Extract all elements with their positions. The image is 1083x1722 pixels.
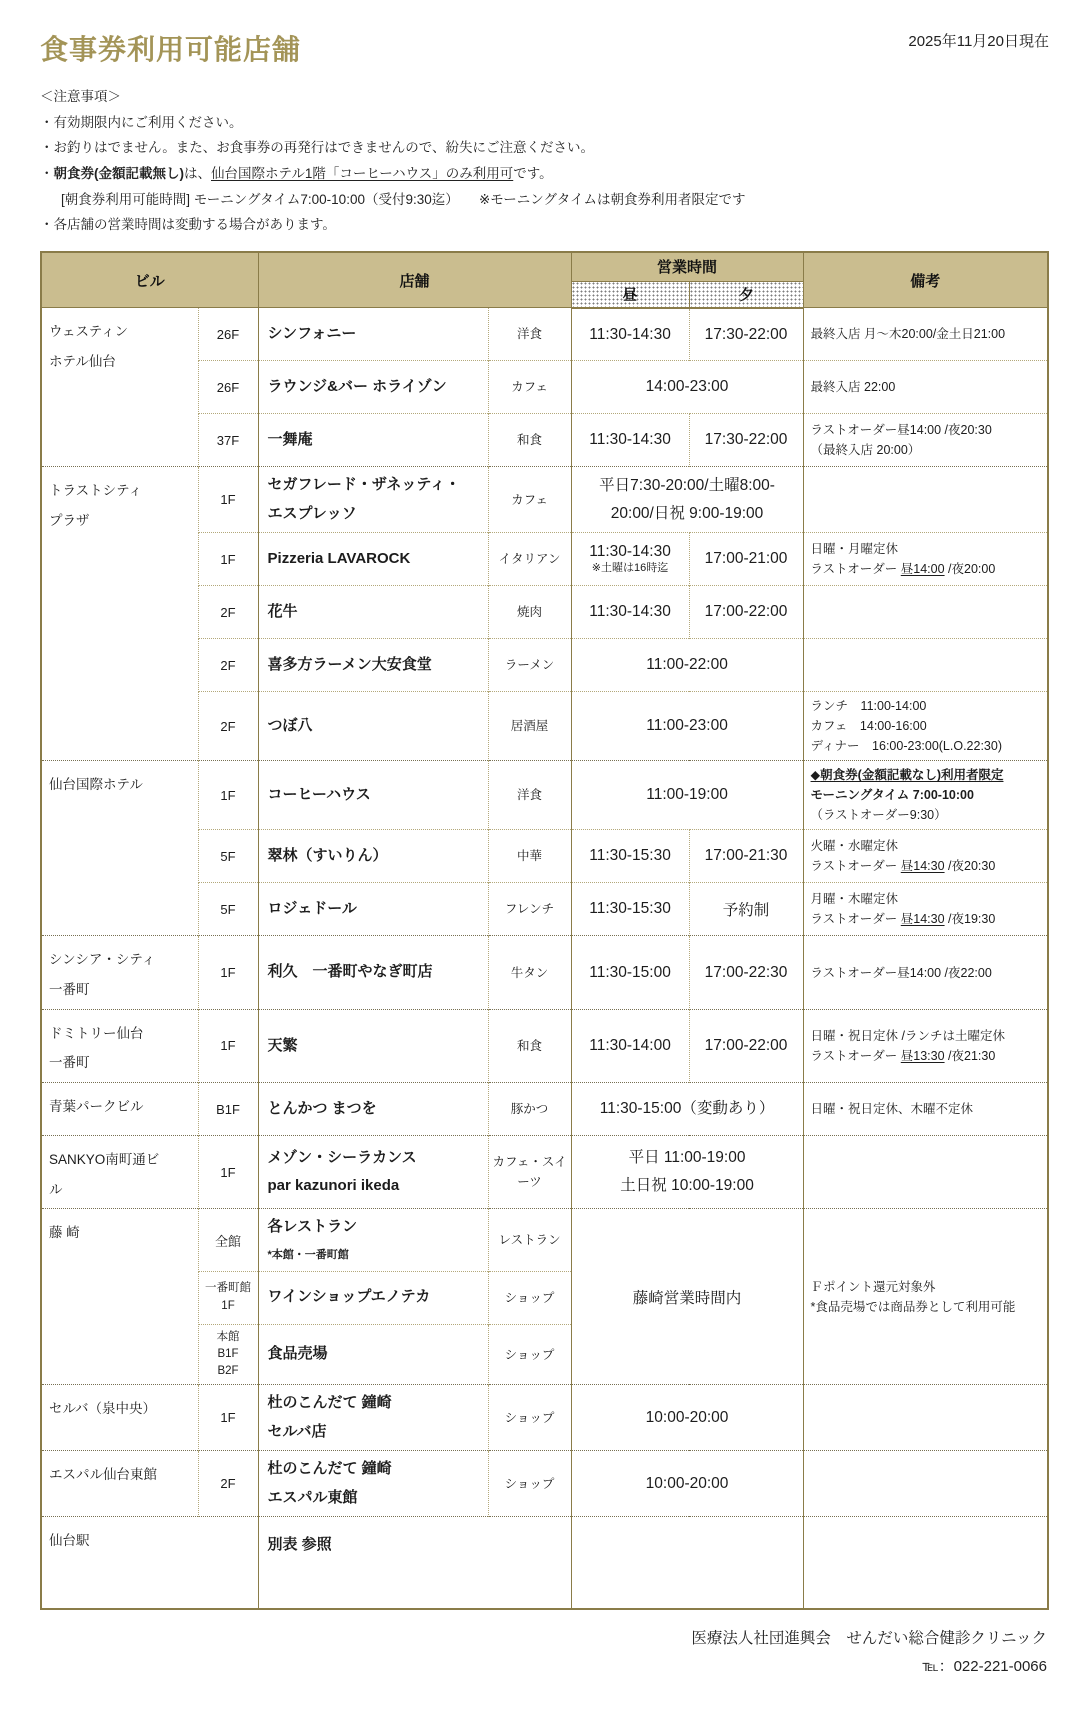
shop-name-text: 杜のこんだて 鐘崎 xyxy=(268,1460,392,1477)
shop-note-text: *本館・一番町館 xyxy=(268,1249,349,1261)
cell-building: セルバ（泉中央） xyxy=(41,1385,198,1451)
cell-hours: 藤崎営業時間内 xyxy=(571,1209,803,1385)
table-row: ドミトリー仙台一番町1F天繁和食11:30-14:0017:00-22:00日曜… xyxy=(41,1009,1048,1082)
col-header-hours: 営業時間 xyxy=(571,252,803,282)
cell-text: 昼13:30 xyxy=(901,1049,945,1063)
cell-genre: レストラン xyxy=(488,1209,571,1271)
cell-remarks: 日曜・祝日定休、木曜不定休 xyxy=(803,1083,1048,1136)
cell-genre: 洋食 xyxy=(488,761,571,830)
cell-hours: 平日7:30-20:00/土曜8:00-20:00/日祝 9:00-19:00 xyxy=(571,467,803,533)
time-text: 11:30-15:30 xyxy=(578,847,683,865)
cell-line: ラストオーダー 昼13:30 /夜21:30 xyxy=(811,1046,1042,1066)
cell-shop-name: とんかつ まつを xyxy=(258,1083,488,1136)
cell-line: （ラストオーダー9:30） xyxy=(811,805,1042,825)
table-row: 青葉パークビルB1Fとんかつ まつを豚かつ11:30-15:00（変動あり）日曜… xyxy=(41,1083,1048,1136)
cell-hours: 10:00-20:00 xyxy=(571,1451,803,1517)
cell-shop-name: ワインショップエノテカ xyxy=(258,1271,488,1324)
floor-line: B2F xyxy=(205,1363,252,1380)
time-text: 11:30-14:30 xyxy=(578,326,683,344)
cell-genre: 洋食 xyxy=(488,308,571,361)
cell-text: /夜19:30 xyxy=(945,912,996,926)
cell-remarks xyxy=(803,1385,1048,1451)
shop-name-text: 一舞庵 xyxy=(268,431,313,448)
cell-text: /夜21:30 xyxy=(945,1049,996,1063)
cell-remarks xyxy=(803,1136,1048,1209)
cell-floor: 1F xyxy=(198,761,258,830)
cell-text: ◆朝食券(金額記載なし)利用者限定 xyxy=(811,768,1004,782)
cell-floor: 26F xyxy=(198,361,258,414)
document-footer: 医療法人社団進興会 せんだい総合健診クリニック ℡：022-221-0066 xyxy=(40,1624,1047,1682)
cell-line: 最終入店 月～木20:00/金土日21:00 xyxy=(811,324,1042,344)
cell-hours-noon: 11:30-14:30 xyxy=(571,308,689,361)
cell-genre: カフェ・スイーツ xyxy=(488,1136,571,1209)
cell-line: ディナー 16:00-23:00(L.O.22:30) xyxy=(811,736,1042,756)
cell-line: 11:00-22:00 xyxy=(578,651,797,679)
cell-remarks xyxy=(803,1451,1048,1517)
shop-name-text: シンフォニー xyxy=(268,325,357,342)
shop-name-text: 天繁 xyxy=(268,1037,298,1054)
shop-name-text: つぼ八 xyxy=(268,717,313,734)
cell-building: トラストシティプラザ xyxy=(41,467,198,761)
table-row: 藤 崎全館各レストラン*本館・一番町館レストラン藤崎営業時間内Ｆポイント還元対象… xyxy=(41,1209,1048,1271)
cell-remarks xyxy=(803,586,1048,639)
cell-hours-noon: 11:30-15:30 xyxy=(571,883,689,936)
cell-shop-name: 翠林（すいりん） xyxy=(258,830,488,883)
cell-text: /夜20:00 xyxy=(945,562,996,576)
table-row: エスパル仙台東館2F杜のこんだて 鐘崎エスパル東館ショップ10:00-20:00 xyxy=(41,1451,1048,1517)
cell-floor: B1F xyxy=(198,1083,258,1136)
cell-hours-evening: 17:00-21:30 xyxy=(689,830,803,883)
cell-shop-name: メゾン・シーラカンスpar kazunori ikeda xyxy=(258,1136,488,1209)
cell-genre: ショップ xyxy=(488,1385,571,1451)
shop-name-text: ラウンジ&バー ホライゾン xyxy=(268,378,447,395)
cell-building: ウェスティンホテル仙台 xyxy=(41,308,198,467)
cell-line: ◆朝食券(金額記載なし)利用者限定 xyxy=(811,765,1042,785)
cell-shop-name: 各レストラン*本館・一番町館 xyxy=(258,1209,488,1271)
cell-genre: カフェ xyxy=(488,467,571,533)
cell-line: 土日祝 10:00-19:00 xyxy=(578,1172,797,1200)
cell-genre: カフェ xyxy=(488,361,571,414)
cell-hours-evening: 17:00-22:30 xyxy=(689,936,803,1009)
cell-hours: 11:00-23:00 xyxy=(571,692,803,761)
cell-remarks: 火曜・水曜定休ラストオーダー 昼14:30 /夜20:30 xyxy=(803,830,1048,883)
cell-floor: 一番町館1F xyxy=(198,1271,258,1324)
shop-name-text: エスプレッソ xyxy=(268,505,357,522)
cell-genre: ショップ xyxy=(488,1451,571,1517)
cell-line: 11:00-19:00 xyxy=(578,781,797,809)
cell-hours-noon: 11:30-14:30 xyxy=(571,414,689,467)
cell-genre: ショップ xyxy=(488,1324,571,1385)
cell-hours: 11:00-22:00 xyxy=(571,639,803,692)
cell-line: カフェ 14:00-16:00 xyxy=(811,716,1042,736)
note-line: ・各店舗の営業時間は変動する場合があります。 xyxy=(40,212,1049,238)
table-row: 仙台国際ホテル1Fコーヒーハウス洋食11:00-19:00◆朝食券(金額記載なし… xyxy=(41,761,1048,830)
cell-hours-evening: 17:00-22:00 xyxy=(689,1009,803,1082)
cell-remarks: 最終入店 22:00 xyxy=(803,361,1048,414)
col-header-evening: 夕 xyxy=(689,281,803,308)
cell-genre: 居酒屋 xyxy=(488,692,571,761)
cell-floor: 1F xyxy=(198,936,258,1009)
cell-building: 藤 崎 xyxy=(41,1209,198,1385)
cell-text: モーニングタイム 7:00-10:00 xyxy=(811,788,974,802)
floor-line: 本館 xyxy=(205,1329,252,1346)
note-line-breakfast: ・朝食券(金額記載無し)は、仙台国際ホテル1階「コーヒーハウス」のみ利用可です。 xyxy=(40,161,1049,187)
restaurant-table-body: ウェスティンホテル仙台26Fシンフォニー洋食11:30-14:3017:30-2… xyxy=(41,308,1048,1609)
cell-line: 平日7:30-20:00/土曜8:00- xyxy=(578,472,797,500)
cell-remarks: ランチ 11:00-14:00カフェ 14:00-16:00ディナー 16:00… xyxy=(803,692,1048,761)
cell-building: SANKYO南町通ビル xyxy=(41,1136,198,1209)
cell-building: 仙台国際ホテル xyxy=(41,761,198,936)
table-row: ウェスティンホテル仙台26Fシンフォニー洋食11:30-14:3017:30-2… xyxy=(41,308,1048,361)
cell-hours: 11:30-15:00（変動あり） xyxy=(571,1083,803,1136)
cell-genre: 中華 xyxy=(488,830,571,883)
col-header-remarks: 備考 xyxy=(803,252,1048,308)
cell-shop-name: 杜のこんだて 鐘崎セルバ店 xyxy=(258,1385,488,1451)
cell-remarks xyxy=(803,1517,1048,1609)
cell-shop-name: シンフォニー xyxy=(258,308,488,361)
shop-name-text: par kazunori ikeda xyxy=(268,1177,400,1194)
cell-floor: 1F xyxy=(198,1009,258,1082)
cell-shop-name: 天繁 xyxy=(258,1009,488,1082)
floor-line: 一番町館 xyxy=(205,1280,252,1297)
cell-hours-evening: 17:30-22:00 xyxy=(689,414,803,467)
cell-line: 火曜・水曜定休 xyxy=(811,836,1042,856)
cell-text: ラストオーダー xyxy=(811,1049,901,1063)
cell-shop-name: 食品売場 xyxy=(258,1324,488,1385)
cell-floor: 5F xyxy=(198,830,258,883)
cell-line: 11:30-15:00（変動あり） xyxy=(578,1095,797,1123)
note-text-underline: 仙台国際ホテル1階「コーヒーハウス」のみ利用可 xyxy=(211,166,513,181)
cell-building: 青葉パークビル xyxy=(41,1083,198,1136)
cell-remarks: ◆朝食券(金額記載なし)利用者限定モーニングタイム 7:00-10:00（ラスト… xyxy=(803,761,1048,830)
shop-name-text: セガフレード・ザネッティ・ xyxy=(268,476,461,493)
cell-shop-name: 別表 参照 xyxy=(258,1517,571,1609)
table-row: SANKYO南町通ビル1Fメゾン・シーラカンスpar kazunori iked… xyxy=(41,1136,1048,1209)
cell-hours-evening: 17:00-21:00 xyxy=(689,533,803,586)
cell-genre: イタリアン xyxy=(488,533,571,586)
cell-hours: 14:00-23:00 xyxy=(571,361,803,414)
cell-shop-name: ロジェドール xyxy=(258,883,488,936)
shop-name-text: コーヒーハウス xyxy=(268,786,371,803)
cell-genre: 和食 xyxy=(488,1009,571,1082)
cell-remarks: ラストオーダー昼14:00 /夜22:00 xyxy=(803,936,1048,1009)
cell-line: 日曜・月曜定休 xyxy=(811,539,1042,559)
cell-remarks: 月曜・木曜定休ラストオーダー 昼14:30 /夜19:30 xyxy=(803,883,1048,936)
as-of-date: 2025年11月20日現在 xyxy=(908,30,1049,51)
time-text: 11:30-14:30 xyxy=(578,543,683,561)
cell-line: ラストオーダー 昼14:30 /夜20:30 xyxy=(811,856,1042,876)
shop-name-text: 杜のこんだて 鐘崎 xyxy=(268,1394,392,1411)
col-header-building: ビル xyxy=(41,252,258,308)
cell-genre: ラーメン xyxy=(488,639,571,692)
cell-building: エスパル仙台東館 xyxy=(41,1451,198,1517)
cell-floor: 2F xyxy=(198,692,258,761)
cell-line: ラストオーダー昼14:00 /夜22:00 xyxy=(811,963,1042,983)
cell-line: *食品売場では商品券として利用可能 xyxy=(811,1297,1042,1317)
cell-text: 昼14:00 xyxy=(901,562,945,576)
cell-floor: 全館 xyxy=(198,1209,258,1271)
cell-remarks: 日曜・祝日定休 /ランチは土曜定休ラストオーダー 昼13:30 /夜21:30 xyxy=(803,1009,1048,1082)
cell-genre: 和食 xyxy=(488,414,571,467)
cell-remarks xyxy=(803,467,1048,533)
note-text: ・ xyxy=(40,166,54,181)
cell-floor: 26F xyxy=(198,308,258,361)
cell-shop-name: Pizzeria LAVAROCK xyxy=(258,533,488,586)
cell-line: ラストオーダー 昼14:30 /夜19:30 xyxy=(811,909,1042,929)
time-text: 11:30-15:30 xyxy=(578,900,683,918)
note-line: [朝食券利用可能時間] モーニングタイム7:00-10:00（受付9:30迄） … xyxy=(40,187,1049,213)
floor-line: 1F xyxy=(205,1298,252,1315)
cell-hours-evening: 17:00-22:00 xyxy=(689,586,803,639)
cell-line: 20:00/日祝 9:00-19:00 xyxy=(578,500,797,528)
cell-genre: 焼肉 xyxy=(488,586,571,639)
cell-shop-name: 一舞庵 xyxy=(258,414,488,467)
cell-line: Ｆポイント還元対象外 xyxy=(811,1277,1042,1297)
cell-line: ラストオーダー昼14:00 /夜20:30 xyxy=(811,420,1042,440)
cell-floor: 1F xyxy=(198,1136,258,1209)
cell-hours: 11:00-19:00 xyxy=(571,761,803,830)
time-text: 11:30-14:30 xyxy=(578,431,683,449)
cell-text: 昼14:30 xyxy=(901,912,945,926)
cell-hours-noon: 11:30-14:00 xyxy=(571,1009,689,1082)
table-row: セルバ（泉中央）1F杜のこんだて 鐘崎セルバ店ショップ10:00-20:00 xyxy=(41,1385,1048,1451)
shop-name-text: とんかつ まつを xyxy=(268,1100,377,1117)
cell-line: 日曜・祝日定休、木曜不定休 xyxy=(811,1099,1042,1119)
cell-floor: 1F xyxy=(198,467,258,533)
shop-name-text: エスパル東館 xyxy=(268,1489,358,1506)
cell-text: /夜20:30 xyxy=(945,859,996,873)
shop-name-text: Pizzeria LAVAROCK xyxy=(268,550,411,567)
document-header: 食事券利用可能店舗 2025年11月20日現在 xyxy=(40,14,1049,84)
note-line: ・お釣りはでません。また、お食事券の再発行はできませんので、紛失にご注意ください… xyxy=(40,135,1049,161)
cell-text: ラストオーダー xyxy=(811,912,901,926)
cell-text: ラストオーダー xyxy=(811,859,901,873)
shop-name-text: 翠林（すいりん） xyxy=(268,847,388,864)
table-header: ビル 店舗 営業時間 備考 昼 夕 xyxy=(41,252,1048,308)
clinic-name: 医療法人社団進興会 せんだい総合健診クリニック xyxy=(40,1624,1047,1653)
cell-remarks: 日曜・月曜定休ラストオーダー 昼14:00 /夜20:00 xyxy=(803,533,1048,586)
table-row: シンシア・シティ一番町1F利久 一番町やなぎ町店牛タン11:30-15:0017… xyxy=(41,936,1048,1009)
cell-floor: 37F xyxy=(198,414,258,467)
cell-shop-name: つぼ八 xyxy=(258,692,488,761)
time-note: ※土曜は16時迄 xyxy=(578,561,683,575)
cell-hours-noon: 11:30-14:30※土曜は16時迄 xyxy=(571,533,689,586)
cell-building: ドミトリー仙台一番町 xyxy=(41,1009,198,1082)
cell-hours-noon: 11:30-15:30 xyxy=(571,830,689,883)
cell-hours-noon: 11:30-15:00 xyxy=(571,936,689,1009)
cell-hours-evening: 17:30-22:00 xyxy=(689,308,803,361)
cell-remarks xyxy=(803,639,1048,692)
cell-hours: 平日 11:00-19:00土日祝 10:00-19:00 xyxy=(571,1136,803,1209)
col-header-shop: 店舗 xyxy=(258,252,571,308)
cell-hours xyxy=(571,1517,803,1609)
cell-line: モーニングタイム 7:00-10:00 xyxy=(811,785,1042,805)
note-text: は、 xyxy=(184,166,211,181)
shop-name-text: ロジェドール xyxy=(268,900,357,917)
shop-name-text: 食品売場 xyxy=(268,1345,328,1362)
cell-genre: 牛タン xyxy=(488,936,571,1009)
cell-floor: 2F xyxy=(198,1451,258,1517)
cell-shop-name: 利久 一番町やなぎ町店 xyxy=(258,936,488,1009)
cell-floor: 2F xyxy=(198,639,258,692)
cell-hours: 10:00-20:00 xyxy=(571,1385,803,1451)
shop-name-text: ワインショップエノテカ xyxy=(268,1288,431,1305)
cell-line: 14:00-23:00 xyxy=(578,373,797,401)
page-title: 食事券利用可能店舗 xyxy=(40,28,301,68)
cell-genre: ショップ xyxy=(488,1271,571,1324)
cell-genre: フレンチ xyxy=(488,883,571,936)
cell-building: シンシア・シティ一番町 xyxy=(41,936,198,1009)
cell-hours-evening: 予約制 xyxy=(689,883,803,936)
cell-remarks: ラストオーダー昼14:00 /夜20:30（最終入店 20:00） xyxy=(803,414,1048,467)
cell-shop-name: 花牛 xyxy=(258,586,488,639)
cell-line: 平日 11:00-19:00 xyxy=(578,1144,797,1172)
note-line: ・有効期限内にご利用ください。 xyxy=(40,110,1049,136)
cell-floor: 2F xyxy=(198,586,258,639)
clinic-phone: ℡：022-221-0066 xyxy=(40,1653,1047,1682)
cell-remarks: Ｆポイント還元対象外*食品売場では商品券として利用可能 xyxy=(803,1209,1048,1385)
cell-text: 昼14:30 xyxy=(901,859,945,873)
time-text: 11:30-15:00 xyxy=(578,964,683,982)
cell-line: （最終入店 20:00） xyxy=(811,440,1042,460)
cell-shop-name: 杜のこんだて 鐘崎エスパル東館 xyxy=(258,1451,488,1517)
notes-section: ＜注意事項＞ ・有効期限内にご利用ください。 ・お釣りはでません。また、お食事券… xyxy=(40,84,1049,238)
shop-name-text: 花牛 xyxy=(268,603,298,620)
cell-floor: 1F xyxy=(198,1385,258,1451)
time-text: 11:30-14:00 xyxy=(578,1037,683,1055)
shop-name-text: 喜多方ラーメン大安食堂 xyxy=(268,656,432,673)
cell-line: 10:00-20:00 xyxy=(578,1470,797,1498)
shop-name-text: 各レストラン xyxy=(268,1218,358,1235)
cell-floor: 本館B1FB2F xyxy=(198,1324,258,1385)
note-text-bold: 朝食券(金額記載無し) xyxy=(54,166,185,181)
table-row: トラストシティプラザ1Fセガフレード・ザネッティ・エスプレッソカフェ平日7:30… xyxy=(41,467,1048,533)
cell-line: ラストオーダー 昼14:00 /夜20:00 xyxy=(811,559,1042,579)
cell-text: ラストオーダー xyxy=(811,562,901,576)
cell-shop-name: セガフレード・ザネッティ・エスプレッソ xyxy=(258,467,488,533)
table-row: 仙台駅別表 参照 xyxy=(41,1517,1048,1609)
cell-line: 10:00-20:00 xyxy=(578,1404,797,1432)
col-header-noon: 昼 xyxy=(571,281,689,308)
shop-name-text: メゾン・シーラカンス xyxy=(268,1149,417,1166)
note-text: です。 xyxy=(513,166,552,181)
cell-floor: 5F xyxy=(198,883,258,936)
restaurant-table: ビル 店舗 営業時間 備考 昼 夕 ウェスティンホテル仙台26Fシンフォニー洋食… xyxy=(40,251,1049,1610)
time-text: 11:30-14:30 xyxy=(578,603,683,621)
cell-line: ランチ 11:00-14:00 xyxy=(811,696,1042,716)
cell-shop-name: 喜多方ラーメン大安食堂 xyxy=(258,639,488,692)
notes-heading: ＜注意事項＞ xyxy=(40,84,1049,110)
cell-hours-noon: 11:30-14:30 xyxy=(571,586,689,639)
cell-line: 月曜・木曜定休 xyxy=(811,889,1042,909)
cell-floor: 1F xyxy=(198,533,258,586)
document-page: 食事券利用可能店舗 2025年11月20日現在 ＜注意事項＞ ・有効期限内にご利… xyxy=(0,0,1083,1722)
cell-shop-name: コーヒーハウス xyxy=(258,761,488,830)
cell-shop-name: ラウンジ&バー ホライゾン xyxy=(258,361,488,414)
cell-building: 仙台駅 xyxy=(41,1517,258,1609)
cell-line: 11:00-23:00 xyxy=(578,712,797,740)
cell-remarks: 最終入店 月～木20:00/金土日21:00 xyxy=(803,308,1048,361)
cell-line: 日曜・祝日定休 /ランチは土曜定休 xyxy=(811,1026,1042,1046)
shop-name-text: 利久 一番町やなぎ町店 xyxy=(268,963,433,980)
shop-name-text: セルバ店 xyxy=(268,1423,327,1440)
cell-genre: 豚かつ xyxy=(488,1083,571,1136)
floor-line: B1F xyxy=(205,1346,252,1363)
cell-line: 最終入店 22:00 xyxy=(811,377,1042,397)
shop-name-text: 別表 参照 xyxy=(268,1536,332,1553)
